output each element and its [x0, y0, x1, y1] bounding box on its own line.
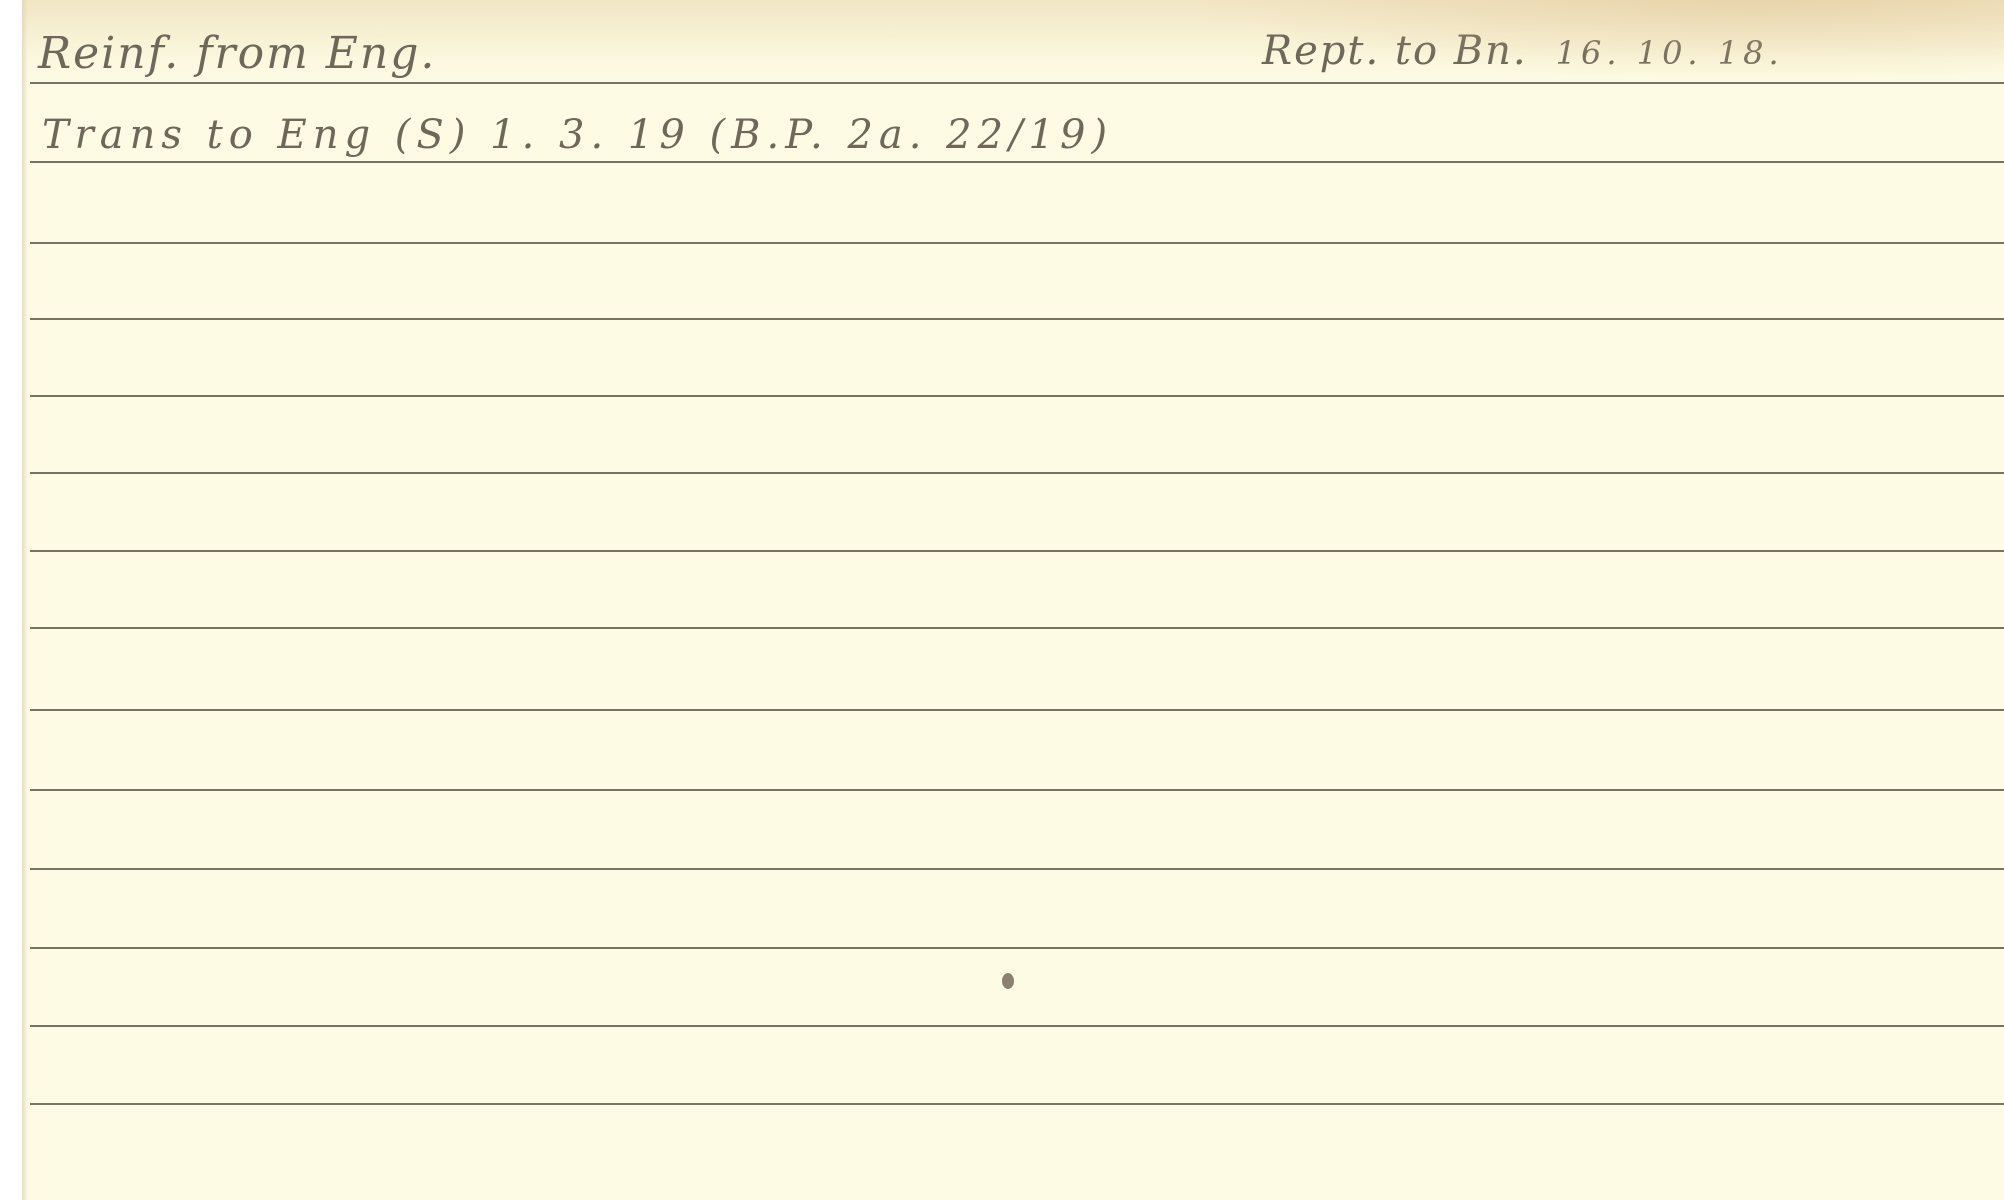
ruled-line: [30, 242, 2004, 244]
ruled-line: [30, 789, 2004, 791]
ruled-line: [30, 318, 2004, 320]
reported-date: 16. 10. 18.: [1556, 34, 1784, 72]
ruled-line: [30, 395, 2004, 397]
record-card: Reinf. from Eng. Trans to Eng (S) 1. 3. …: [22, 0, 2004, 1200]
handwritten-entry-transfer: Trans to Eng (S) 1. 3. 19 (B.P. 2a. 22/1…: [42, 112, 1113, 158]
ruled-line: [30, 82, 2004, 84]
handwritten-entry-reinforcement: Reinf. from Eng.: [38, 28, 436, 79]
ruled-line: [30, 627, 2004, 629]
reported-label: Rept. to Bn.: [1262, 28, 1528, 74]
ruled-line: [30, 947, 2004, 949]
ruled-line: [30, 709, 2004, 711]
ruled-line: [30, 550, 2004, 552]
card-edge: [22, 0, 28, 1200]
ruled-line: [30, 472, 2004, 474]
ruled-line: [30, 868, 2004, 870]
ruled-line: [30, 1025, 2004, 1027]
handwritten-entry-reported: Rept. to Bn.16. 10. 18.: [1262, 28, 1784, 74]
ruled-line: [30, 161, 2004, 163]
ink-spot: [1002, 973, 1014, 989]
ruled-line: [30, 1103, 2004, 1105]
